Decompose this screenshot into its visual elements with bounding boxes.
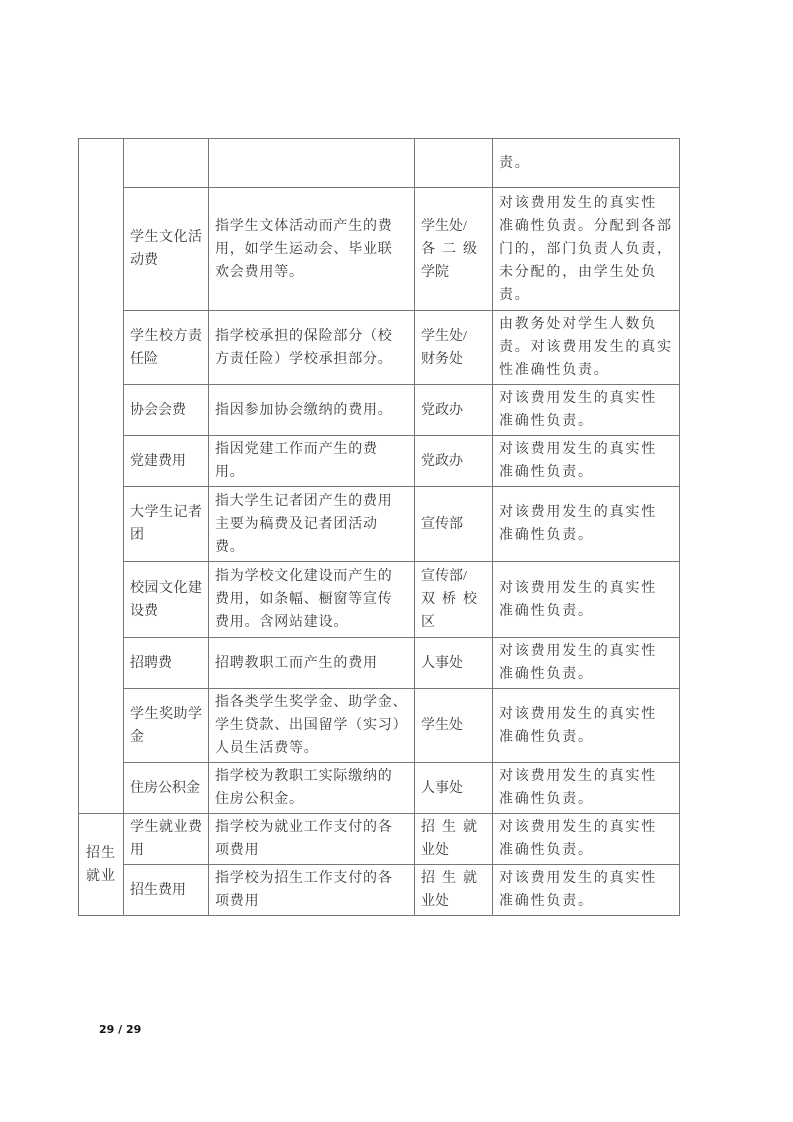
- document-page: 责。 学生文化活动费 指学生文体活动而产生的费 用，如学生运动会、毕业联 欢会费…: [0, 0, 793, 1122]
- responsible-department-cell: 学生处/ 各 二 级 学院: [415, 188, 493, 311]
- responsibility-note-cell: 对该费用发生的真实性 准确性负责。: [493, 865, 680, 916]
- responsibility-note-cell: 对该费用发生的真实性 准确性负责。: [493, 487, 680, 562]
- responsibility-note-cell: 对该费用发生的真实性 准确性负责。: [493, 814, 680, 865]
- expense-description-cell: 指为学校文化建设而产生的 费用，如条幅、橱窗等宣传 费用。含网站建设。: [209, 562, 415, 638]
- responsibility-note-cell: 对该费用发生的真实性 准确性负责。: [493, 763, 680, 814]
- responsible-department-cell: 人事处: [415, 638, 493, 689]
- responsibility-note-cell: 对该费用发生的真实性 准确性负责。: [493, 638, 680, 689]
- responsible-department-cell: 人事处: [415, 763, 493, 814]
- table-row: 学生奖助学金 指各类学生奖学金、助学金、 学生贷款、出国留学（实习） 人员生活费…: [79, 689, 680, 763]
- table-row: 协会会费 指因参加协会缴纳的费用。 党政办 对该费用发生的真实性 准确性负责。: [79, 385, 680, 436]
- table-row: 招生 就业 学生就业费用 指学校为就业工作支付的各 项费用 招 生 就 业处 对…: [79, 814, 680, 865]
- responsibility-note-cell: 对该费用发生的真实性 准确性负责。: [493, 562, 680, 638]
- expense-description-cell: [209, 139, 415, 188]
- category-cell: [79, 139, 124, 814]
- expense-name-cell: 住房公积金: [124, 763, 209, 814]
- expense-description-cell: 指学生文体活动而产生的费 用，如学生运动会、毕业联 欢会费用等。: [209, 188, 415, 311]
- expense-description-cell: 指学校为就业工作支付的各 项费用: [209, 814, 415, 865]
- expense-description-cell: 指因党建工作而产生的费 用。: [209, 436, 415, 487]
- responsible-department-cell: 宣传部: [415, 487, 493, 562]
- table-row: 住房公积金 指学校为教职工实际缴纳的 住房公积金。 人事处 对该费用发生的真实性…: [79, 763, 680, 814]
- responsibility-note-cell: 对该费用发生的真实性 准确性负责。: [493, 689, 680, 763]
- table-row: 学生文化活动费 指学生文体活动而产生的费 用，如学生运动会、毕业联 欢会费用等。…: [79, 188, 680, 311]
- responsible-department-cell: 党政办: [415, 436, 493, 487]
- table-row: 党建费用 指因党建工作而产生的费 用。 党政办 对该费用发生的真实性 准确性负责…: [79, 436, 680, 487]
- responsible-department-cell: 招 生 就 业处: [415, 814, 493, 865]
- expense-name-cell: 协会会费: [124, 385, 209, 436]
- expense-name-cell: 学生文化活动费: [124, 188, 209, 311]
- table-row: 校园文化建设费 指为学校文化建设而产生的 费用，如条幅、橱窗等宣传 费用。含网站…: [79, 562, 680, 638]
- responsibility-note-cell: 对该费用发生的真实性 准确性负责。分配到各部 门的，部门负责人负责， 未分配的，…: [493, 188, 680, 311]
- expense-name-cell: 学生奖助学金: [124, 689, 209, 763]
- expense-description-cell: 指学校承担的保险部分（校 方责任险）学校承担部分。: [209, 311, 415, 385]
- responsible-department-cell: 党政办: [415, 385, 493, 436]
- responsibility-note-cell: 由教务处对学生人数负 责。对该费用发生的真实 性准确性负责。: [493, 311, 680, 385]
- expense-description-cell: 指大学生记者团产生的费用 主要为稿费及记者团活动 费。: [209, 487, 415, 562]
- expense-description-cell: 指各类学生奖学金、助学金、 学生贷款、出国留学（实习） 人员生活费等。: [209, 689, 415, 763]
- expense-description-cell: 指因参加协会缴纳的费用。: [209, 385, 415, 436]
- table-row: 责。: [79, 139, 680, 188]
- responsible-department-cell: [415, 139, 493, 188]
- table-row: 学生校方责任险 指学校承担的保险部分（校 方责任险）学校承担部分。 学生处/ 财…: [79, 311, 680, 385]
- responsible-department-cell: 招 生 就 业处: [415, 865, 493, 916]
- responsibility-note-cell: 对该费用发生的真实性 准确性负责。: [493, 436, 680, 487]
- expense-description-cell: 招聘教职工而产生的费用: [209, 638, 415, 689]
- expense-responsibility-table: 责。 学生文化活动费 指学生文体活动而产生的费 用，如学生运动会、毕业联 欢会费…: [78, 138, 680, 916]
- responsible-department-cell: 宣传部/ 双 桥 校 区: [415, 562, 493, 638]
- table-row: 招聘费 招聘教职工而产生的费用 人事处 对该费用发生的真实性 准确性负责。: [79, 638, 680, 689]
- expense-name-cell: 校园文化建设费: [124, 562, 209, 638]
- responsible-department-cell: 学生处/ 财务处: [415, 311, 493, 385]
- expense-name-cell: 招生费用: [124, 865, 209, 916]
- expense-name-cell: 学生校方责任险: [124, 311, 209, 385]
- table-row: 招生费用 指学校为招生工作支付的各 项费用 招 生 就 业处 对该费用发生的真实…: [79, 865, 680, 916]
- expense-name-cell: 大学生记者团: [124, 487, 209, 562]
- expense-name-cell: [124, 139, 209, 188]
- expense-name-cell: 招聘费: [124, 638, 209, 689]
- page-number: 29 / 29: [99, 1023, 141, 1036]
- responsible-department-cell: 学生处: [415, 689, 493, 763]
- table-row: 大学生记者团 指大学生记者团产生的费用 主要为稿费及记者团活动 费。 宣传部 对…: [79, 487, 680, 562]
- expense-name-cell: 学生就业费用: [124, 814, 209, 865]
- expense-description-cell: 指学校为招生工作支付的各 项费用: [209, 865, 415, 916]
- expense-name-cell: 党建费用: [124, 436, 209, 487]
- responsibility-note-cell: 对该费用发生的真实性 准确性负责。: [493, 385, 680, 436]
- category-cell: 招生 就业: [79, 814, 124, 916]
- expense-description-cell: 指学校为教职工实际缴纳的 住房公积金。: [209, 763, 415, 814]
- responsibility-note-cell: 责。: [493, 139, 680, 188]
